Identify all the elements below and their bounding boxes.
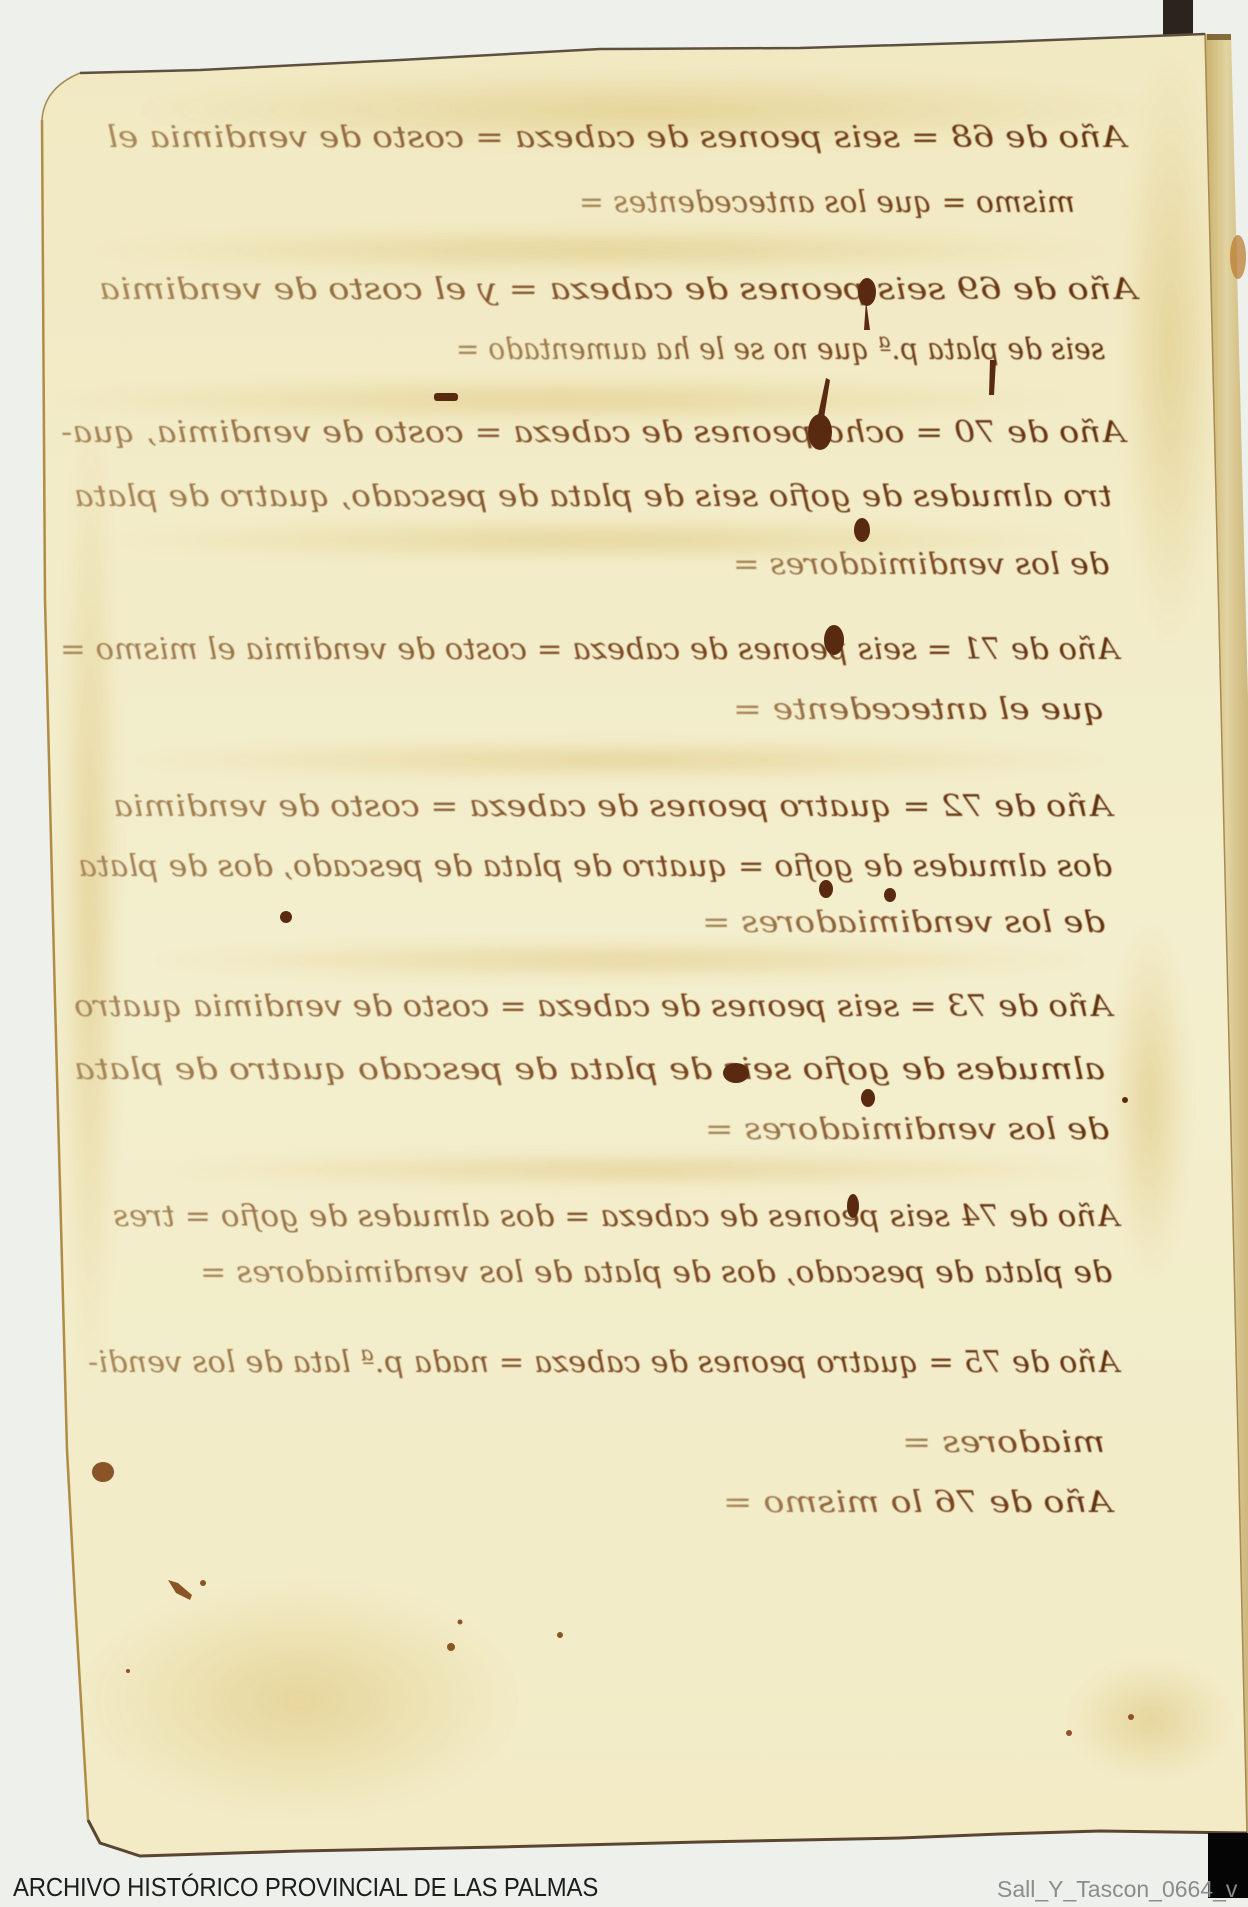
manuscript-line: Año de 72 = quatro peones de cabeza = co… [113, 789, 1115, 824]
manuscript-line: de los vendimiadores = [705, 1112, 1109, 1147]
manuscript-line: Año de 74 seis peones de cabeza = dos al… [113, 1199, 1122, 1234]
manuscript-scan: Año de 68 = seis peones de cabeza = cost… [0, 0, 1248, 1907]
manuscript-line: mismo = que los antecedentes = [579, 185, 1075, 220]
manuscript-line: almudes de gofio seis de plata de pescad… [74, 1052, 1105, 1087]
manuscript-line: Año de 76 lo mismo = [723, 1485, 1115, 1520]
manuscript-line: que el antecedente = [733, 692, 1105, 727]
edge-stain [1230, 235, 1246, 279]
manuscript-line: de los vendimiadores = [733, 547, 1109, 582]
binding-bar [1163, 0, 1193, 35]
manuscript-line: miadores = [902, 1425, 1105, 1460]
manuscript-line: Año de 70 = ocho peones de cabeza = cost… [61, 415, 1128, 450]
manuscript-line: de los vendimiadores = [702, 905, 1105, 940]
manuscript-line: Año de 75 = quatro peones de cabeza = na… [88, 1345, 1122, 1380]
archive-name-label: ARCHIVO HISTÓRICO PROVINCIAL DE LAS PALM… [13, 1872, 598, 1902]
manuscript-line: de plata de pescado, dos de plata de los… [200, 1255, 1112, 1290]
image-id-label: Sall_Y_Tascon_0664_v [997, 1876, 1237, 1902]
manuscript-line: tro almudes de gofio seis de plata de pe… [74, 479, 1112, 514]
manuscript-line: dos almudes de gofio = quatro de plata d… [78, 849, 1112, 884]
manuscript-line: seis de plata p.ª que no se le ha aument… [456, 332, 1105, 367]
manuscript-line: Año de 68 = seis peones de cabeza = cost… [107, 120, 1129, 155]
edge-shadow [1207, 34, 1231, 40]
manuscript-line: Año de 69 seis peones de cabeza = y el c… [99, 272, 1141, 307]
manuscript-line: Año de 71 = seis peones de cabeza = cost… [60, 632, 1122, 667]
manuscript-line: Año de 73 = seis peones de cabeza = cost… [74, 989, 1115, 1024]
